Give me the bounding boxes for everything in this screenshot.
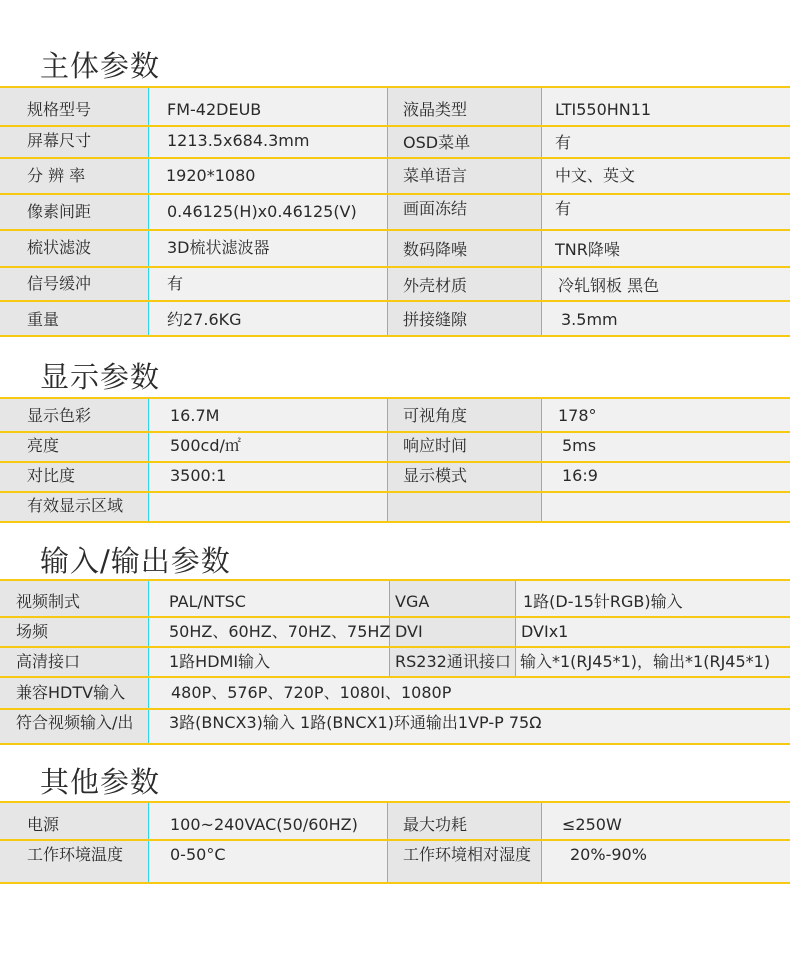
spec-value: 1920*1080 xyxy=(166,168,255,184)
section-title-main-params: 主体参数 xyxy=(40,44,160,85)
spec-value: DVIx1 xyxy=(521,624,568,640)
column-divider xyxy=(541,398,542,522)
spec-value: 输入*1(RJ45*1)，输出*1(RJ45*1) xyxy=(520,654,770,670)
row-border xyxy=(0,461,790,463)
spec-label: 外壳材质 xyxy=(403,278,467,294)
spec-label: 重量 xyxy=(27,312,59,328)
row-border xyxy=(0,579,790,581)
spec-label: 梳状滤波 xyxy=(27,240,91,256)
spec-label: 最大功耗 xyxy=(403,817,467,833)
spec-value: 178° xyxy=(558,408,597,424)
column-divider xyxy=(515,580,516,677)
spec-value: 有 xyxy=(167,276,183,292)
spec-label: 显示色彩 xyxy=(27,408,91,424)
spec-value: ≤250W xyxy=(562,817,622,833)
spec-label: 工作环境相对湿度 xyxy=(403,847,531,863)
row-border xyxy=(0,839,790,841)
spec-value: 1路HDMI输入 xyxy=(169,654,270,670)
spec-value: 20%-90% xyxy=(570,847,647,863)
spec-label: 有效显示区域 xyxy=(27,498,123,514)
spec-value: 3路(BNCX3)输入 1路(BNCX1)环通输出1VP-P 75Ω xyxy=(169,715,541,731)
column-divider xyxy=(387,802,388,883)
row-border xyxy=(0,86,790,88)
spec-label: 视频制式 xyxy=(16,594,80,610)
row-border xyxy=(0,157,790,159)
spec-value: 3.5mm xyxy=(561,312,618,328)
spec-label: 场频 xyxy=(16,624,48,640)
row-border xyxy=(0,431,790,433)
column-divider xyxy=(148,398,149,522)
spec-value: LTI550HN11 xyxy=(555,102,651,118)
spec-value: TNR降噪 xyxy=(555,242,620,258)
spec-value: 冷轧钢板 黑色 xyxy=(558,278,659,294)
spec-label: 显示模式 xyxy=(403,468,467,484)
spec-label: 分 辨 率 xyxy=(27,168,85,184)
spec-value: 480P、576P、720P、1080I、1080P xyxy=(171,685,451,701)
spec-value: 3500:1 xyxy=(170,468,226,484)
spec-label: 对比度 xyxy=(27,468,75,484)
spec-value: 500cd/㎡ xyxy=(170,438,241,454)
spec-label: 菜单语言 xyxy=(403,168,467,184)
spec-label: 符合视频输入/出 xyxy=(16,715,133,731)
row-border xyxy=(0,300,790,302)
row-border xyxy=(0,708,790,710)
row-border xyxy=(0,646,790,648)
column-divider xyxy=(148,802,149,883)
spec-label: 规格型号 xyxy=(27,102,91,118)
spec-label: OSD菜单 xyxy=(403,135,470,151)
section-title-other-params: 其他参数 xyxy=(40,760,160,801)
row-border xyxy=(0,743,790,745)
spec-value: 3D梳状滤波器 xyxy=(167,240,270,256)
column-divider xyxy=(387,398,388,522)
row-border xyxy=(0,335,790,337)
spec-label: 工作环境温度 xyxy=(27,847,123,863)
row-border xyxy=(0,882,790,884)
spec-value: 0.46125(H)x0.46125(V) xyxy=(167,204,357,220)
spec-value: 16.7M xyxy=(170,408,219,424)
row-border xyxy=(0,676,790,678)
spec-value: 1213.5x684.3mm xyxy=(167,133,309,149)
spec-label: 信号缓冲 xyxy=(27,276,91,292)
row-border xyxy=(0,616,790,618)
column-divider xyxy=(148,580,149,744)
label-column-bg xyxy=(0,802,148,883)
column-divider xyxy=(541,802,542,883)
spec-label: 拼接缝隙 xyxy=(403,312,467,328)
spec-value: 有 xyxy=(555,135,571,151)
spec-value: PAL/NTSC xyxy=(169,594,246,610)
other-params-table xyxy=(0,802,790,883)
row-border xyxy=(0,491,790,493)
spec-value: 中文、英文 xyxy=(555,168,635,184)
spec-label: 屏幕尺寸 xyxy=(27,133,91,149)
spec-label: 像素间距 xyxy=(27,204,91,220)
spec-value: 有 xyxy=(555,201,571,217)
row-border xyxy=(0,266,790,268)
spec-label: 液晶类型 xyxy=(403,102,467,118)
spec-label: 高清接口 xyxy=(16,654,80,670)
spec-value: 约27.6KG xyxy=(167,312,242,328)
section-title-io-params: 输入/输出参数 xyxy=(40,539,231,580)
spec-label: 亮度 xyxy=(27,438,59,454)
row-border xyxy=(0,193,790,195)
row-border xyxy=(0,125,790,127)
spec-label: VGA xyxy=(395,594,429,610)
row-border xyxy=(0,397,790,399)
spec-label: 电源 xyxy=(27,817,59,833)
spec-label: DVI xyxy=(395,624,423,640)
row-border xyxy=(0,229,790,231)
spec-label: 响应时间 xyxy=(403,438,467,454)
spec-label: 兼容HDTV输入 xyxy=(16,685,125,701)
spec-value: FM-42DEUB xyxy=(167,102,261,118)
spec-label: 画面冻结 xyxy=(403,201,467,217)
row-border xyxy=(0,801,790,803)
spec-value: 5ms xyxy=(562,438,596,454)
spec-value: 100~240VAC(50/60HZ) xyxy=(170,817,358,833)
section-title-display-params: 显示参数 xyxy=(40,355,160,396)
spec-value: 16:9 xyxy=(562,468,598,484)
spec-value: 50HZ、60HZ、70HZ、75HZ xyxy=(169,624,390,640)
spec-value: 0-50°C xyxy=(170,847,225,863)
spec-value: 1路(D-15针RGB)输入 xyxy=(523,594,683,610)
spec-label: 可视角度 xyxy=(403,408,467,424)
row-border xyxy=(0,521,790,523)
spec-label: RS232通讯接口 xyxy=(395,654,511,670)
spec-label: 数码降噪 xyxy=(403,242,467,258)
